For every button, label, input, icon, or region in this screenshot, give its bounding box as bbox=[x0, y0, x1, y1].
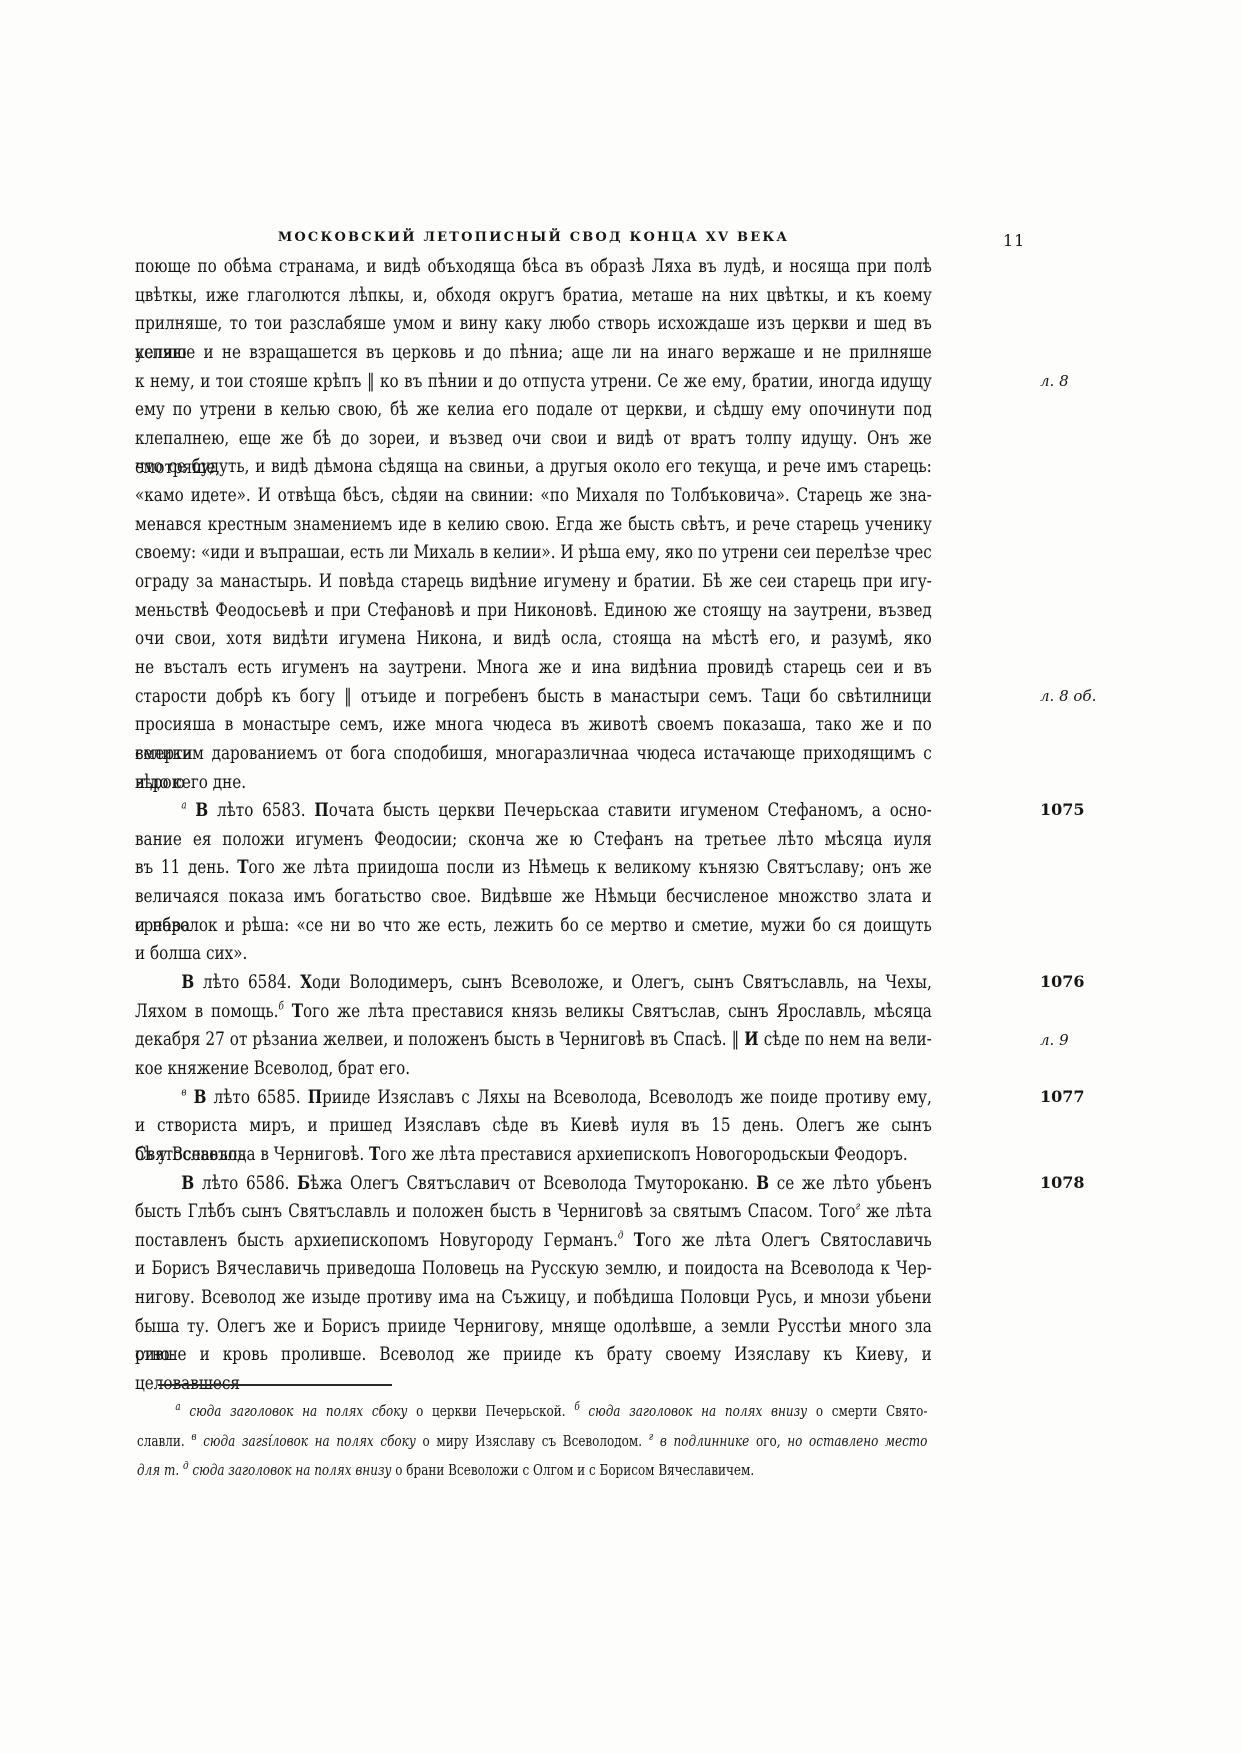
text-line: великим дарованиемъ от бога сподобишя, м… bbox=[135, 739, 932, 768]
text-line: меньствѣ Феодосьевѣ и при Стефановѣ и пр… bbox=[135, 596, 932, 625]
text-line: старости добрѣ къ богу ‖ отъиде и погреб… bbox=[135, 682, 932, 711]
text-line: и Борисъ Вячеславичь приведоша Половець … bbox=[135, 1254, 932, 1283]
text-line: в В лѣто 6585. Прииде Изяславъ с Ляхы на… bbox=[135, 1083, 932, 1112]
text-line: очи свои, хотя видѣти игумена Никона, и … bbox=[135, 624, 932, 653]
text-line: быша ту. Олегъ же и Борисъ прииде Черниг… bbox=[135, 1312, 932, 1341]
text-line: не въсталъ есть игуменъ на заутрени. Мно… bbox=[135, 653, 932, 682]
text-line: и паволок и рѣша: «се ни во что же есть,… bbox=[135, 911, 932, 940]
text-line: декабря 27 от рѣзаниа желвеи, и положенъ… bbox=[135, 1025, 932, 1054]
footnotes: а сюда заголовок на полях сбоку о церкви… bbox=[137, 1397, 927, 1486]
text-line: и створиста миръ, и пришед Изяславъ сѣде… bbox=[135, 1111, 932, 1140]
page-number: 11 bbox=[1003, 231, 1025, 250]
margin-folio-note: л. 9 bbox=[1040, 1029, 1069, 1051]
text-line: прилняше, то тои разслабяше умом и вину … bbox=[135, 309, 932, 338]
running-title: МОСКОВСКИЙ ЛЕТОПИСНЫЙ СВОД КОНЦА XV ВЕКА bbox=[135, 230, 932, 245]
text-line: ему по утрени в келью свою, бѣ же келиа … bbox=[135, 395, 932, 424]
text-line: ограду за манастырь. И повѣда старець ви… bbox=[135, 567, 932, 596]
text-line: успяше и не взращашется въ церковь и до … bbox=[135, 338, 932, 367]
text-line: к нему, и тои стояше крѣпъ ‖ ко въ пѣнии… bbox=[135, 367, 932, 396]
text-line: въ 11 день. Того же лѣта приидоша посли … bbox=[135, 853, 932, 882]
margin-year-note: 1078 bbox=[1040, 1172, 1085, 1194]
text-line: цвѣткы, иже глаголются лѣпкы, и, обходя … bbox=[135, 281, 932, 310]
margin-year-note: 1075 bbox=[1040, 799, 1085, 821]
text-line: клепалнею, еще же бѣ до зореи, и възвед … bbox=[135, 424, 932, 453]
text-line: а В лѣто 6583. Почата бысть церкви Печер… bbox=[135, 796, 932, 825]
body-text: поюще по обѣма странама, и видѣ объходящ… bbox=[135, 252, 932, 1369]
text-line: В лѣто 6586. Бѣжа Олегъ Святъславич от В… bbox=[135, 1169, 932, 1198]
text-line: и до сего дне. bbox=[135, 768, 932, 797]
text-line: поюще по обѣма странама, и видѣ объходящ… bbox=[135, 252, 932, 281]
text-line: величаяся показа имъ богатьство свое. Ви… bbox=[135, 882, 932, 911]
text-line: ривше и кровь проливше. Всеволод же прии… bbox=[135, 1340, 932, 1369]
book-page: МОСКОВСКИЙ ЛЕТОПИСНЫЙ СВОД КОНЦА XV ВЕКА… bbox=[0, 0, 1241, 1754]
text-line: «камо идете». И отвѣща бѣсъ, сѣдяи на св… bbox=[135, 481, 932, 510]
text-line: своему: «иди и въпрашаи, есть ли Михаль … bbox=[135, 538, 932, 567]
text-line: просияша в монастыре семъ, иже многа чюд… bbox=[135, 710, 932, 739]
margin-folio-note: л. 8 bbox=[1040, 370, 1069, 392]
margin-year-note: 1077 bbox=[1040, 1086, 1085, 1108]
footnote-line: для т. д сюда заголовок на полях внизу о… bbox=[137, 1456, 927, 1486]
text-line: бѣ у Всеволода в Черниговѣ. Того же лѣта… bbox=[135, 1140, 932, 1169]
text-line: менався крестным знамениемъ иде в келию … bbox=[135, 510, 932, 539]
text-line: Ляхом в помощь.б Того же лѣта преставися… bbox=[135, 997, 932, 1026]
text-line: и болша сих». bbox=[135, 939, 932, 968]
text-line: кое княжение Всеволод, брат его. bbox=[135, 1054, 932, 1083]
footnote-line: а сюда заголовок на полях сбоку о церкви… bbox=[137, 1397, 927, 1427]
footnote-line: славли. в сюда загsíловок на полях сбоку… bbox=[137, 1427, 927, 1457]
text-line: В лѣто 6584. Ходи Володимеръ, сынъ Всево… bbox=[135, 968, 932, 997]
footnote-divider bbox=[158, 1384, 392, 1386]
text-line: поставленъ бысть архиепископомъ Новугоро… bbox=[135, 1226, 932, 1255]
margin-year-note: 1076 bbox=[1040, 971, 1085, 993]
text-line: бысть Глѣбъ сынъ Святъславль и положен б… bbox=[135, 1197, 932, 1226]
text-line: нигову. Всеволод же изыде противу има на… bbox=[135, 1283, 932, 1312]
text-line: что се будуть, и видѣ дѣмона сѣдяща на с… bbox=[135, 452, 932, 481]
margin-folio-note: л. 8 об. bbox=[1040, 685, 1096, 707]
text-line: вание ея положи игуменъ Феодосии; сконча… bbox=[135, 825, 932, 854]
